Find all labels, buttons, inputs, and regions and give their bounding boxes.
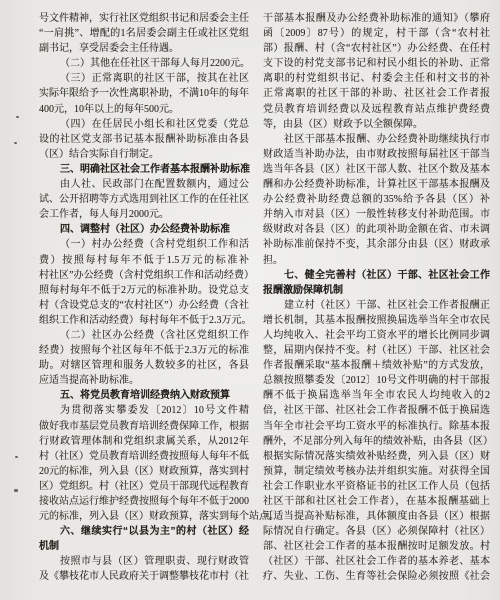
text-line: 经费）按照每个社区每年不低于2.3万元的标准补 — [39, 343, 249, 358]
text-line: 实际年限给予一次性离职补助，不满10年的每年 — [39, 86, 249, 101]
text-line: 应适当提高补助标准。 — [39, 373, 249, 388]
text-line: 部、社区社会工作者的基本报酬按时足额发放。村 — [263, 539, 490, 554]
heading-line: 四、调整村（社区）办公经费补助标准 — [39, 222, 249, 237]
text-line: 整，届期内保持不变。村（社区）干部、社区社会工 — [263, 343, 490, 358]
text-line: 为贯彻落实攀委发〔2012〕10号文件精神，切实 — [39, 403, 249, 418]
heading-line: 报酬激励保障机制 — [263, 283, 490, 298]
text-line: 当年全市社会平均工资水平的标准执行。除基本报 — [263, 419, 490, 434]
text-line: 等，由县（区）财政予以全额保障。 — [263, 117, 490, 132]
text-line: 400元，10年以上的每年500元。 — [39, 102, 249, 117]
text-line: 干部基本报酬及办公经费补助标准的通知》（攀府 — [263, 11, 490, 26]
text-line: 区）党组织。村（社区）党员干部现代远程教育终端 — [39, 479, 249, 494]
text-line: 20元的标准，列入县（区）财政预算，落实到村（社 — [39, 464, 249, 479]
heading-line: 五、将党员教育培训经费纳入财政预算 — [39, 388, 249, 403]
scan-speck — [14, 142, 17, 144]
text-line: 疗、失业、工伤、生育等社会保险必须按照《社会保 — [263, 569, 490, 584]
text-line: 选当年各县（区）社区干部人数、社区个数及基本报 — [263, 162, 490, 177]
text-line: 部）报酬、村（含“农村社区”）办公经费、在任村党总 — [263, 41, 490, 56]
text-line: 助。对辖区管理和服务人数较多的社区，各县（区） — [39, 358, 249, 373]
text-line: 可适当提高补贴标准，具体额度由各县（区）根据实 — [263, 509, 490, 524]
heading-line: 机制 — [39, 539, 249, 554]
text-line: 村社区”办公经费（含村党组织工作和活动经费）按 — [39, 268, 249, 283]
text-line: （四）在任居民小组长和社区党委（党总支）下 — [39, 117, 249, 132]
text-line: 支下设的村党支部书记和村民小组长的补助、正常 — [263, 56, 490, 71]
text-line: 社区干部和社区社会工作者），在基本报酬基础上 — [263, 494, 490, 509]
text-line: 建立村（社区）干部、社区社会工作者报酬正常 — [263, 298, 490, 313]
text-line: 村（含设党总支的“农村社区”）办公经费（含社区党 — [39, 298, 249, 313]
scan-speck — [14, 489, 18, 492]
text-line: 按照市与县（区）管理职责、现行财政管理体制 — [39, 554, 249, 569]
text-line: 人均纯收入、社会平均工资水平的增长比例同步调 — [263, 328, 490, 343]
text-line: 倍，社区干部、社区社会工作者报酬不低于换届选举 — [263, 403, 490, 418]
text-line: （三）正常离职的社区干部，按其在社区工作的 — [39, 71, 249, 86]
text-line: 担。 — [263, 253, 490, 268]
text-line: 离职的村党组织书记、村委会主任和村文书的补助、 — [263, 71, 490, 86]
text-line: 正常离职的社区干部的补助、社区社会工作者报酬、 — [263, 86, 490, 101]
text-line: 增长机制，其基本报酬按照换届选举当年全市农民 — [263, 313, 490, 328]
scanned-document-page: 号文件精神，实行社区党组织书记和居委会主任“一肩挑”、增配的1名居委会副主任或社… — [0, 0, 500, 600]
text-line: 村（社区）党员教育培训经费按照每人每年不低于 — [39, 449, 249, 464]
text-line: 行财政管理体制和党组织隶属关系，从2012年起， — [39, 434, 249, 449]
text-line: 财政适当补助办法，由市财政按照每届社区干部当 — [263, 147, 490, 162]
heading-line: 七、健全完善村（社区）干部、社区社会工作者 — [263, 268, 490, 283]
text-line: 补助标准前保持不变，其余部分由县（区）财政承 — [263, 237, 490, 252]
text-line: 作者报酬采取“基本报酬＋绩效补贴”的方式发放， — [263, 358, 490, 373]
text-line: 党员教育培训经费以及远程教育站点维护费经费 — [263, 102, 490, 117]
text-column-right: 干部基本报酬及办公经费补助标准的通知》（攀府函〔2009〕87号）的规定，村干部… — [263, 11, 490, 585]
scan-speck — [15, 456, 18, 458]
text-line: 社区干部基本报酬、办公经费补助继续执行市 — [263, 132, 490, 147]
text-line: （区）结合实际自行制定。 — [39, 147, 249, 162]
text-line: 酬不低于换届选举当年全市农民人均纯收入的2 — [263, 388, 490, 403]
text-line: 设的社区党支部书记基本报酬补助标准由各县 — [39, 132, 249, 147]
heading-line: 六、继续实行“以县为主”的村（社区）经费保障 — [39, 524, 249, 539]
text-line: 费）按照每村每年不低于1.5万元的标准补助；“农 — [39, 253, 249, 268]
text-line: 办公经费补助经费总额的35%给予各县（区）补助， — [263, 192, 490, 207]
text-line: 根据实际情况落实绩效补贴经费，列入县（区）财政 — [263, 449, 490, 464]
text-line: 组织工作和活动经费）每村每年不低于2.3万元。 — [39, 313, 249, 328]
text-column-left: 号文件精神，实行社区党组织书记和居委会主任“一肩挑”、增配的1名居委会副主任或社… — [39, 11, 249, 585]
text-line: （二）社区办公经费（含社区党组织工作和活动 — [39, 328, 249, 343]
text-line: 预算，制定绩效考核办法并组织实施。对获得全国 — [263, 464, 490, 479]
text-line: 并纳入市对县（区）一般性转移支付补助范围。市 — [263, 207, 490, 222]
text-line: （社区）干部、社区社会工作者的基本养老、基本医 — [263, 554, 490, 569]
text-line: （二）其他在任社区干部每人每月2200元。 — [39, 56, 249, 71]
text-line: 总额按照攀委发〔2012〕10号文件明确的村干部报 — [263, 373, 490, 388]
text-line: 试、公开招聘等方式选用到社区工作的在任社区社 — [39, 192, 249, 207]
text-line: 级财政对各县（区）的此项补助金额在省、市未调整 — [263, 222, 490, 237]
scan-speck — [16, 116, 19, 118]
text-line: 及《攀枝花市人民政府关于调整攀枝花市村（社区） — [39, 569, 249, 584]
text-line: 照每村每年不低于2万元的标准补助。设党总支的 — [39, 283, 249, 298]
text-line: 函〔2009〕87号）的规定，村干部（含“农村社区”干 — [263, 26, 490, 41]
text-line: 由人社、民政部门在配置数额内，通过公开考 — [39, 177, 249, 192]
text-line: 号文件精神，实行社区党组织书记和居委会主任 — [39, 11, 249, 26]
text-line: 接收站点运行维护经费按照每个每年不低于2000 — [39, 494, 249, 509]
heading-line: 三、明确社区社会工作者基本报酬补助标准 — [39, 162, 249, 177]
text-line: 酬和办公经费补助标准，计算社区干部基本报酬及 — [263, 177, 490, 192]
text-line: （一）村办公经费（含村党组织工作和活动经 — [39, 237, 249, 252]
text-line: 社会工作职业水平资格证书的社区工作人员（包括 — [263, 479, 490, 494]
text-line: 会工作者，每人每月2000元。 — [39, 207, 249, 222]
text-line: 际情况自行确定。各县（区）必须保障村（社区）干 — [263, 524, 490, 539]
text-line: 酬外，不足部分列入每年的绩效补贴，由各县（区） — [263, 434, 490, 449]
text-line: “一肩挑”、增配的1名居委会副主任或社区党组织 — [39, 26, 249, 41]
text-line: 做好我市基层党员教育培训经费保障工作，根据现 — [39, 419, 249, 434]
text-line: 副书记，享受居委会主任待遇。 — [39, 41, 249, 56]
text-line: 元的标准，列入县（区）财政预算，落实到每个站点。 — [39, 509, 249, 524]
